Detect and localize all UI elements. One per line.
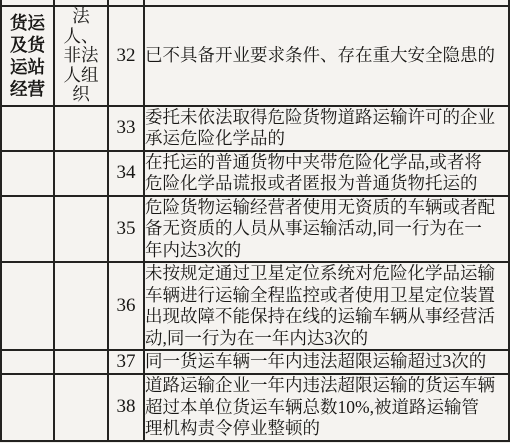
empty-cell: [1, 196, 54, 263]
violation-description: 道路运输企业一年内违法超限运输的货运车辆 超过本单位货运车辆总数10%,被道路运…: [144, 374, 509, 441]
empty-cell: [54, 151, 108, 196]
violation-description: 在托运的普通货物中夹带危险化学品,或者将 危险化学品谎报或者匿报为普通货物托运的: [144, 151, 509, 196]
empty-cell: [1, 350, 54, 374]
violation-description: 已不具备开业要求条件、存在重大安全隐患的: [144, 6, 509, 106]
violation-description: 同一货运车辆一年内违法超限运输超过3次的: [144, 350, 509, 374]
empty-cell: [1, 106, 54, 151]
table-row: 34 在托运的普通货物中夹带危险化学品,或者将 危险化学品谎报或者匿报为普通货物…: [1, 151, 509, 196]
empty-cell: [54, 374, 108, 441]
table-row: 36 未按规定通过卫星定位系统对危险化学品运输 车辆进行运输全程监控或者使用卫星…: [1, 262, 509, 350]
table-row: 35 危险货物运输经营者使用无资质的车辆或者配 备无资质的人员从事运输活动,同一…: [1, 196, 509, 263]
row-number: 32: [108, 6, 144, 106]
table-row: 38 道路运输企业一年内违法超限运输的货运车辆 超过本单位货运车辆总数10%,被…: [1, 374, 509, 441]
row-number: 38: [108, 374, 144, 441]
empty-cell: [1, 374, 54, 441]
table-row: 37 同一货运车辆一年内违法超限运输超过3次的: [1, 350, 509, 374]
row-number: 36: [108, 262, 144, 350]
row-number: 37: [108, 350, 144, 374]
empty-cell: [54, 106, 108, 151]
empty-cell: [54, 196, 108, 263]
empty-cell: [54, 262, 108, 350]
row-number: 34: [108, 151, 144, 196]
row-number: 33: [108, 106, 144, 151]
table-row: 货运 及货 运站 经营 法 人、 非法 人组 织 32 已不具备开业要求条件、存…: [1, 6, 509, 106]
violation-description: 委托未依法取得危险货物道路运输许可的企业 承运危险化学品的: [144, 106, 509, 151]
category-header-cell: 货运 及货 运站 经营: [1, 6, 54, 106]
violation-table: 货运 及货 运站 经营 法 人、 非法 人组 织 32 已不具备开业要求条件、存…: [0, 0, 510, 442]
empty-cell: [1, 262, 54, 350]
empty-cell: [1, 151, 54, 196]
violation-description: 危险货物运输经营者使用无资质的车辆或者配 备无资质的人员从事运输活动,同一行为在…: [144, 196, 509, 263]
table-row: 33 委托未依法取得危险货物道路运输许可的企业 承运危险化学品的: [1, 106, 509, 151]
empty-cell: [54, 350, 108, 374]
row-number: 35: [108, 196, 144, 263]
subject-header-cell: 法 人、 非法 人组 织: [54, 6, 108, 106]
violation-description: 未按规定通过卫星定位系统对危险化学品运输 车辆进行运输全程监控或者使用卫星定位装…: [144, 262, 509, 350]
